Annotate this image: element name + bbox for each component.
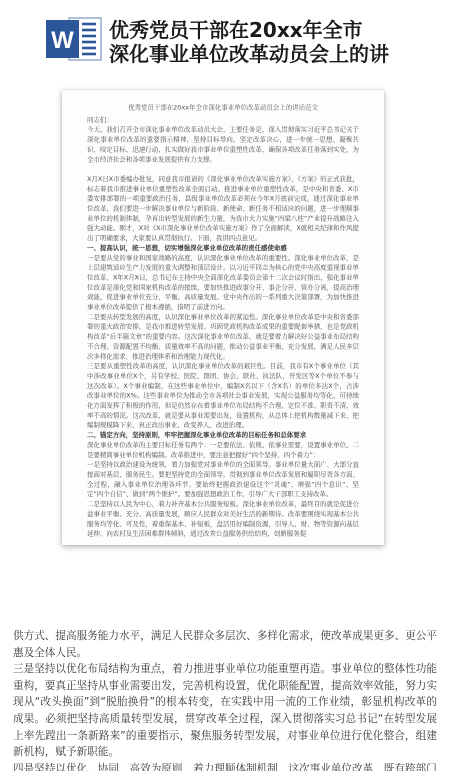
page-title-line2: 深化事业单位改革动员会上的讲	[109, 43, 389, 67]
preview-paragraph: 三是要从重塑性改革的高度，认识深化事业单位改革的艰巨性。目前，我市有X个事业单位…	[87, 362, 359, 431]
page-title: 优秀党员干部在20xx年全市 深化事业单位改革动员会上的讲	[109, 19, 389, 66]
preview-paragraph: 二是坚持以人民为中心，着力补齐基本公共服务短板。深化事业单位改革，最终目的就是促…	[87, 500, 359, 539]
preview-paragraph: 今天，我们召开全市深化事业单位改革动员大会，主要任务是，深入贯彻落实习近平总书记…	[87, 125, 359, 164]
preview-paragraph: X月X日X市委编办批复，同意我市报请的《深化事业单位改革实施方案》，《方案》的正…	[87, 174, 359, 243]
word-icon-letter: W	[51, 27, 74, 54]
preview-paragraph: 一是要从党的事业和国家战略的高度，认识深化事业单位改革的重要性。深化事业单位改革…	[87, 253, 359, 312]
page-title-line1: 优秀党员干部在20xx年全市	[109, 19, 389, 43]
preview-page: 优秀党员干部在20xx年全市深化事业单位改革动员会上的讲话范文 同志们： 今天，…	[62, 90, 384, 545]
article-header: W 优秀党员干部在20xx年全市 深化事业单位改革动员会上的讲	[45, 17, 445, 66]
word-document-icon: W	[45, 17, 103, 66]
preview-paragraph: 深化事业单位改革的主要目标任务有两个：一是要依法、依规、依事业需要，设置事业单位…	[87, 440, 359, 460]
preview-paragraph: 同志们：	[87, 115, 359, 125]
preview-paragraph: 二、锚定方向，坚持原则，牢牢把握深化事业单位改革的目标任务和总体要求	[87, 431, 359, 441]
preview-doc-title: 优秀党员干部在20xx年全市深化事业单位改革动员会上的讲话范文	[87, 103, 359, 113]
preview-paragraph: 一是坚持以政治建设为统领，着力加强党对事业单位的全面领导。事业单位量大面广、大部…	[87, 460, 359, 499]
preview-paragraph: 一、提高认识，统一思想，切实增强深化事业单位改革的责任感使命感	[87, 243, 359, 253]
document-preview[interactable]: 优秀党员干部在20xx年全市深化事业单位改革动员会上的讲话范文 同志们： 今天，…	[62, 90, 384, 545]
article-paragraph: 四是坚持以优化、协同、高效为原则，着力理顺体制机制，这次事业单位改革，既有跨部门	[13, 761, 437, 771]
article-paragraph: 三是坚持以优化布局结构为重点，着力推进事业单位功能重塑再造。事业单位的整体性功能…	[13, 661, 437, 761]
article-paragraph: 供方式、提高服务能力水平，满足人民群众多层次、多样化需求，使改革成果更多、更公平…	[13, 628, 437, 661]
article-body-text: 供方式、提高服务能力水平，满足人民群众多层次、多样化需求，使改革成果更多、更公平…	[13, 628, 437, 771]
preview-paragraph: 二是要从转型发展的高度，认识深化事业单位改革的紧迫性。深化事业单位改革是中央和省…	[87, 312, 359, 361]
preview-doc-body: 同志们： 今天，我们召开全市深化事业单位改革动员大会，主要任务是，深入贯彻落实习…	[87, 115, 359, 539]
